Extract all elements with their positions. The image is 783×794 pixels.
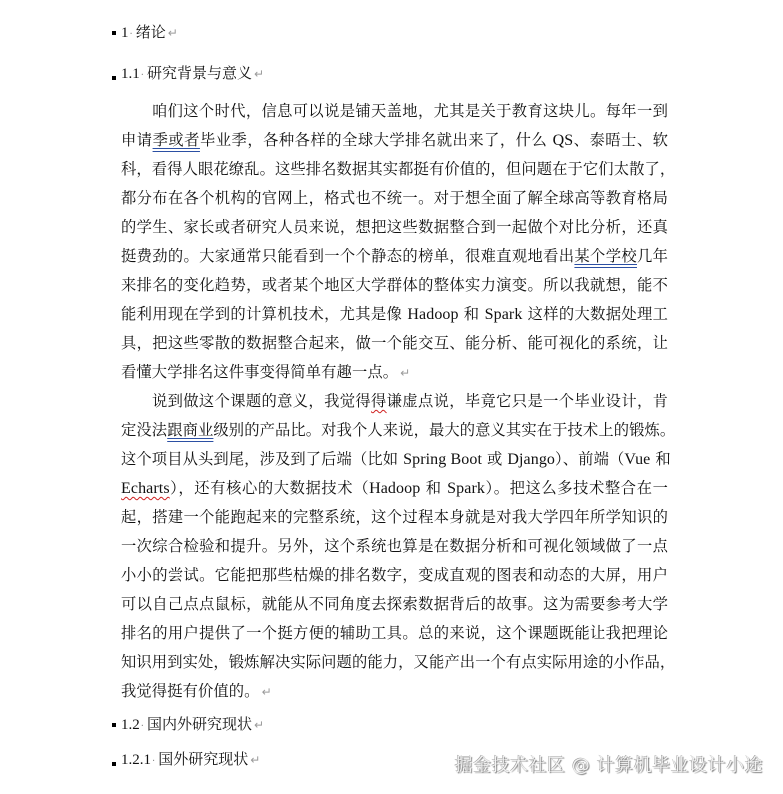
paragraph-mark-icon: ↵ xyxy=(254,67,264,81)
text-line: 来排名的变化趋势，或者某个地区大学群体的整体实力演变。所以我就想，能不 xyxy=(121,275,668,295)
paragraph-mark-icon: ↵ xyxy=(400,366,410,380)
text-line: 科，看得人眼花缭乱。这些排名数据其实都挺有价值的，但问题在于它们太散了， xyxy=(121,159,668,179)
text-line: 咱们这个时代，信息可以说是铺天盖地，尤其是关于教育这块儿。每年一到 xyxy=(152,101,668,121)
text-line: 小小的尝试。它能把那些枯燥的排名数字，变成直观的图表和动态的大屏，用户 xyxy=(121,565,668,585)
document-page: 1·绪论↵ 1.1·研究背景与意义↵ 咱们这个时代，信息可以说是铺天盖地，尤其是… xyxy=(0,0,783,794)
spelling-flag[interactable]: 得 xyxy=(371,392,387,410)
heading-title: 绪论 xyxy=(136,23,166,41)
heading-bullet-icon xyxy=(112,723,116,727)
text-line: 申请季或者毕业季，各种各样的全球大学排名就出来了，什么 QS、泰晤士、软 xyxy=(121,130,668,151)
heading-bullet-icon xyxy=(112,762,116,766)
text-line: 一次综合检验和提升。另外，这个系统也算是在数据分析和可视化领域做了一点 xyxy=(121,536,668,556)
heading-1: 1·绪论↵ xyxy=(112,22,178,45)
grammar-flag[interactable]: 季或者 xyxy=(153,131,200,149)
grammar-flag[interactable]: 某个学校 xyxy=(574,247,637,265)
heading-1-2-1: 1.2.1·国外研究现状↵ xyxy=(112,749,260,772)
heading-title: 研究背景与意义 xyxy=(147,64,252,82)
paragraph-mark-icon: ↵ xyxy=(250,753,260,767)
text-line: 都分布在各个机构的官网上，格式也不统一。对于想全面了解全球高等教育格局 xyxy=(121,188,668,208)
text-line: Echarts），还有核心的大数据技术（Hadoop 和 Spark）。把这么多… xyxy=(121,478,668,499)
heading-bullet-icon xyxy=(112,76,116,80)
heading-number: 1 xyxy=(121,25,129,41)
text-line: 挺费劲的。大家通常只能看到一个个静态的榜单，很难直观地看出某个学校几年 xyxy=(121,246,668,266)
heading-title: 国内外研究现状 xyxy=(147,715,252,733)
spelling-flag[interactable]: Echarts xyxy=(121,480,170,497)
text-line: 的学生、家长或者研究人员来说，想把这些数据整合到一起做个对比分析，还真 xyxy=(121,217,668,237)
heading-number: 1.2 xyxy=(121,717,140,733)
grammar-flag[interactable]: 跟商业 xyxy=(167,421,213,439)
heading-bullet-icon xyxy=(112,31,116,35)
paragraph-mark-icon: ↵ xyxy=(168,26,178,40)
heading-1-1: 1.1·研究背景与意义↵ xyxy=(112,63,264,86)
text-line: 这个项目从头到尾，涉及到了后端（比如 Spring Boot 或 Django）… xyxy=(121,449,668,470)
heading-title: 国外研究现状 xyxy=(158,750,248,768)
heading-1-2: 1.2·国内外研究现状↵ xyxy=(112,714,264,737)
text-line: 定没法跟商业级别的产品比。对我个人来说，最大的意义其实在于技术上的锻炼。 xyxy=(121,420,668,440)
text-line: 起，搭建一个能跑起来的完整系统，这个过程本身就是对我大学四年所学知识的 xyxy=(121,507,668,527)
text-line: 知识用到实处，锻炼解决实际问题的能力，又能产出一个有点实际用途的小作品， xyxy=(121,652,668,672)
heading-number: 1.2.1 xyxy=(121,752,151,768)
text-line: 具，把这些零散的数据整合起来，做一个能交互、能分析、能可视化的系统，让 xyxy=(121,333,668,353)
paragraph-mark-icon: ↵ xyxy=(254,718,264,732)
text-line: 可以自己点点鼠标，就能从不同角度去探索数据背后的故事。这为需要参考大学 xyxy=(121,594,668,614)
text-line: 说到做这个课题的意义，我觉得得谦虚点说，毕竟它只是一个毕业设计，肯 xyxy=(152,391,668,411)
text-line: 我觉得挺有价值的。↵ xyxy=(121,681,668,702)
paragraph-mark-icon: ↵ xyxy=(262,685,272,699)
heading-number: 1.1 xyxy=(121,66,140,82)
text-line: 排名的用户提供了一个挺方便的辅助工具。总的来说，这个课题既能让我把理论 xyxy=(121,623,668,643)
text-line: 看懂大学排名这件事变得简单有趣一点。↵ xyxy=(121,362,668,383)
watermark: 掘金技术社区 @ 计算机毕业设计小途 xyxy=(455,751,763,777)
text-line: 能利用现在学到的计算机技术，尤其是像 Hadoop 和 Spark 这样的大数据… xyxy=(121,304,668,325)
